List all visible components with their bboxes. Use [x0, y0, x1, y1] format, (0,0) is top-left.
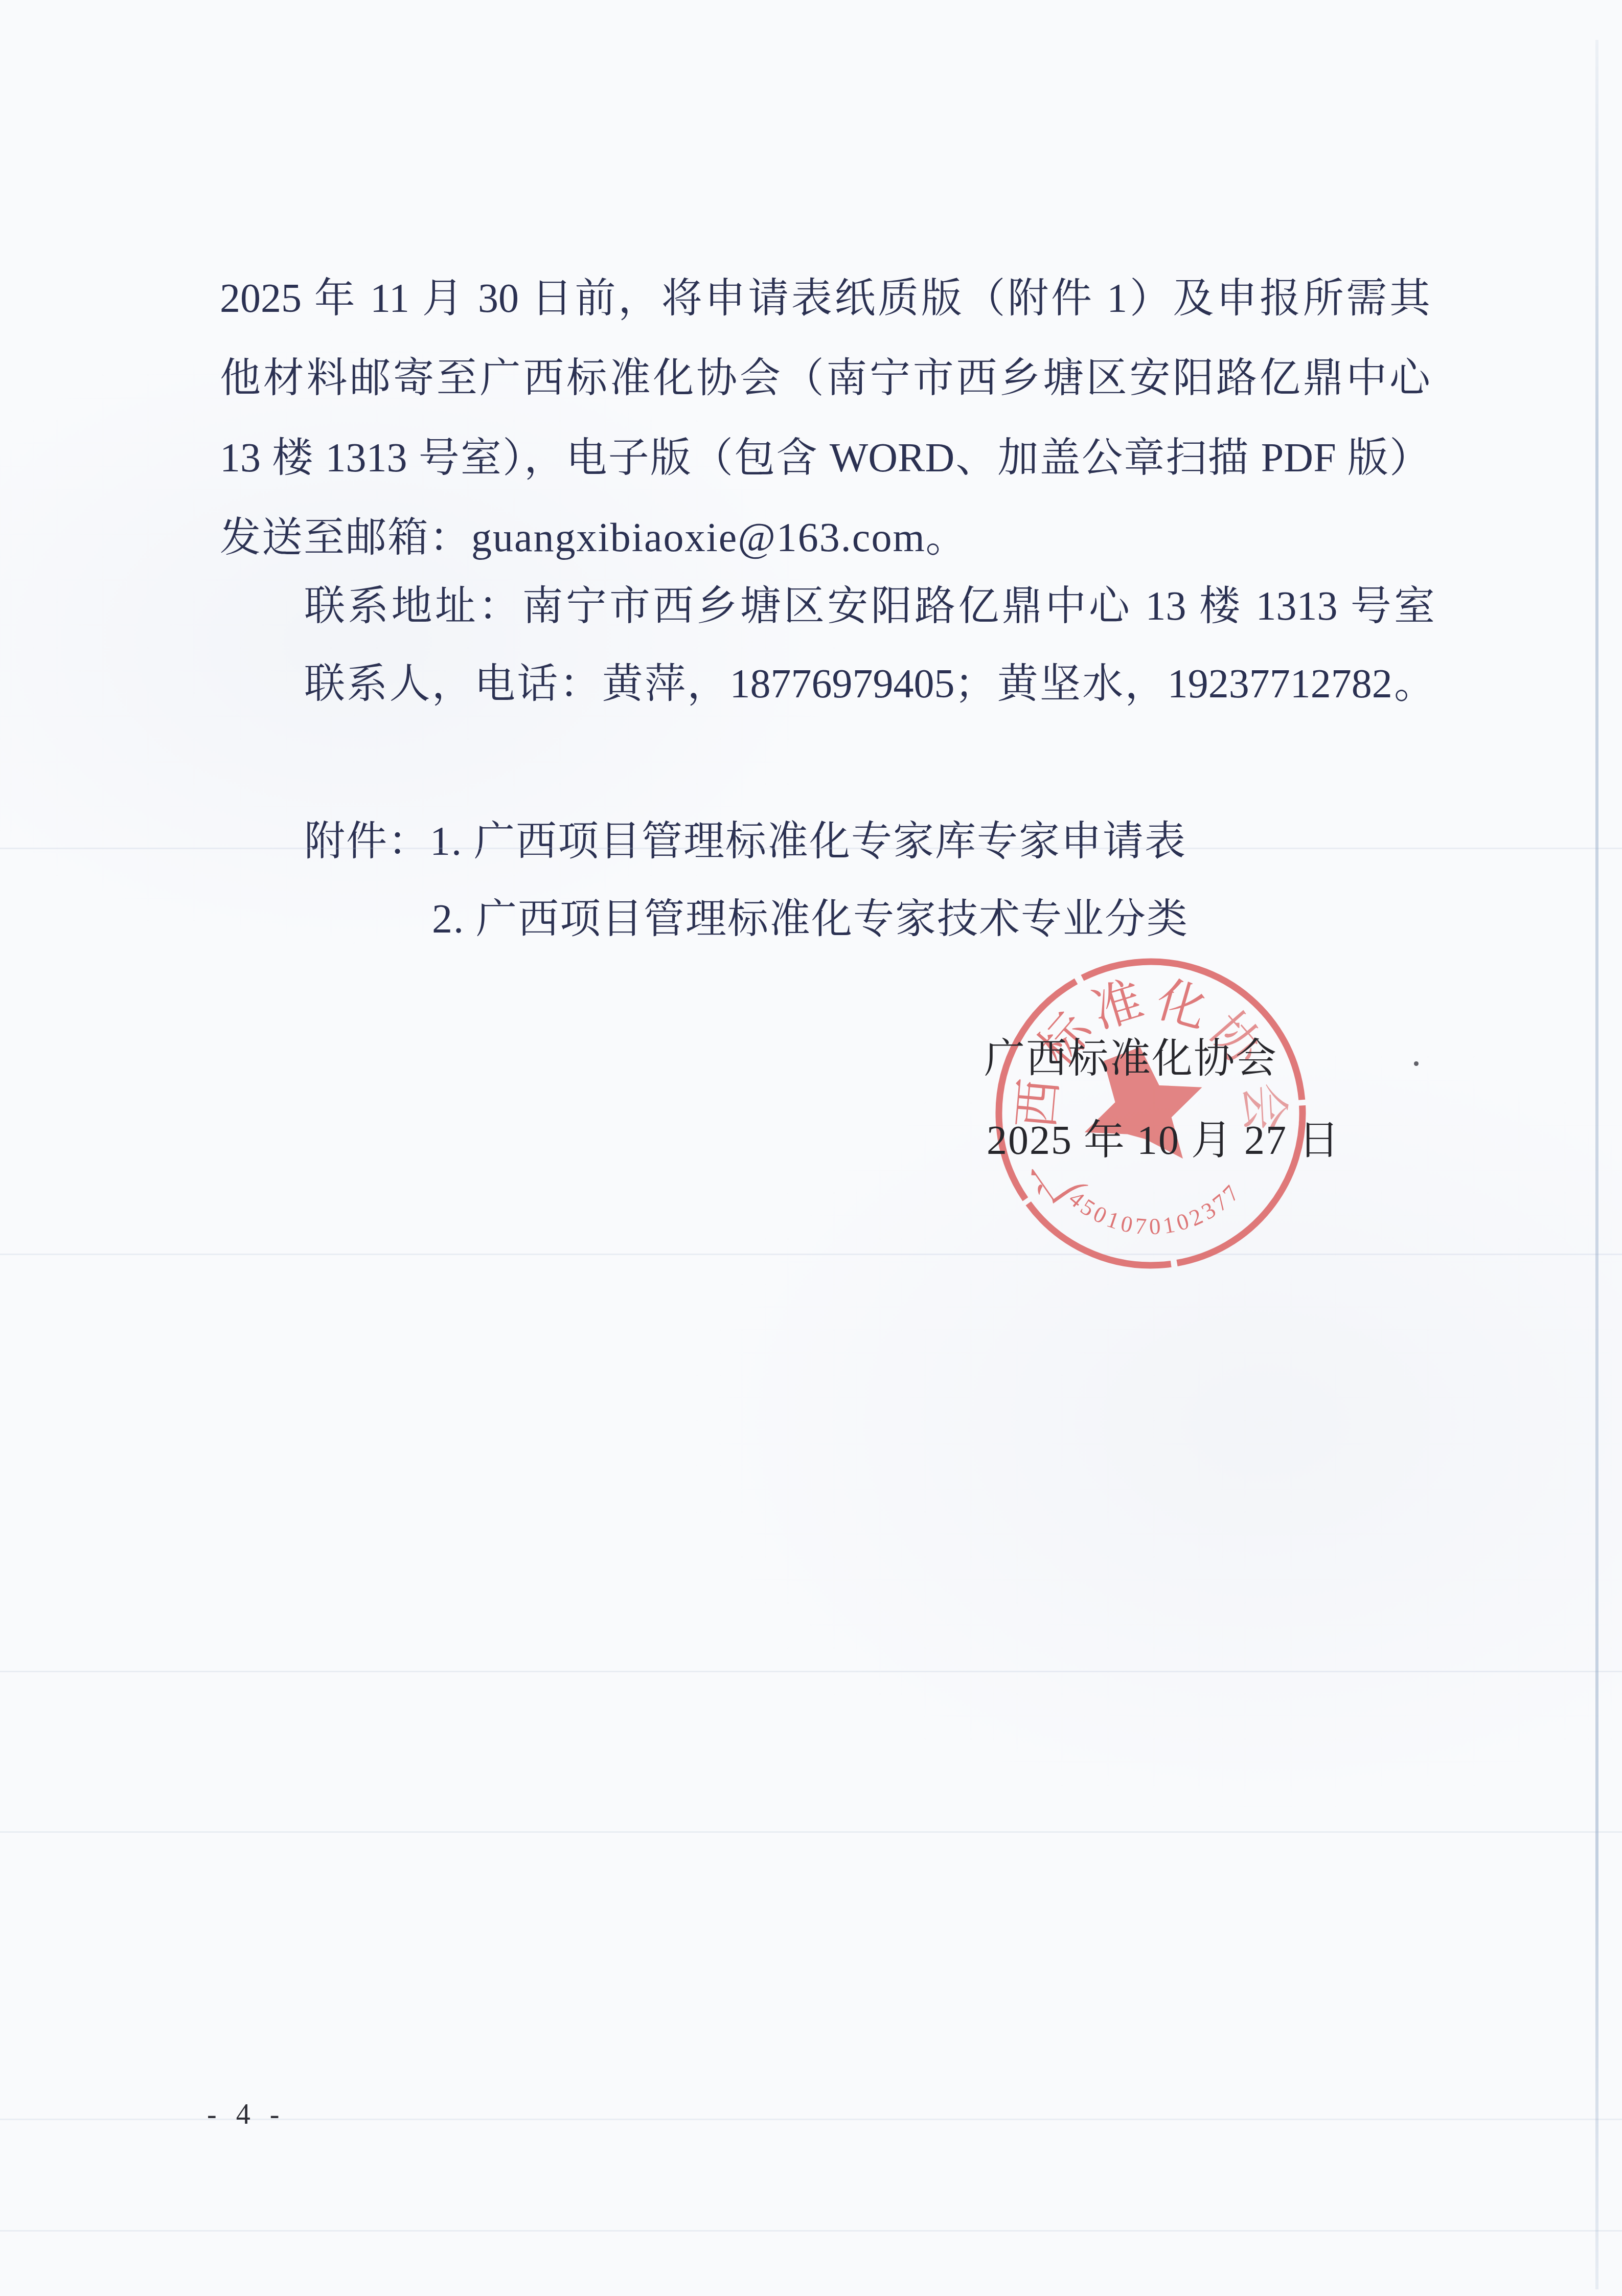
- scan-artifact-band: [0, 848, 1622, 849]
- contact-address-line: 联系地址：南宁市西乡塘区安阳路亿鼎中心 13 楼 1313 号室: [304, 583, 1435, 630]
- page-number: - 4 -: [207, 2098, 285, 2131]
- document-page: 2025 年 11 月 30 日前，将申请表纸质版（附件 1）及申报所需其 他材…: [0, 0, 1622, 2296]
- body-line: 他材料邮寄至广西标准化协会（南宁市西乡塘区安阳路亿鼎中心: [220, 355, 1430, 402]
- scan-artifact-band: [0, 1671, 1622, 1672]
- official-seal: 广 西 标 准 化 协 会 4501070102377: [989, 952, 1312, 1275]
- seal-code: 4501070102377: [1063, 1177, 1249, 1244]
- body-line: 2025 年 11 月 30 日前，将申请表纸质版（附件 1）及申报所需其: [220, 275, 1430, 322]
- attachment-line-1: 附件：1. 广西项目管理标准化专家库专家申请表: [304, 818, 1186, 865]
- scan-artifact-band: [0, 2230, 1622, 2232]
- attachment-line-2: 2. 广西项目管理标准化专家技术专业分类: [432, 896, 1189, 943]
- scan-fold-line: [1595, 40, 1598, 2289]
- seal-ring-char: 准: [1086, 972, 1149, 1039]
- body-line: 13 楼 1313 号室），电子版（包含 WORD、加盖公章扫描 PDF 版）: [220, 435, 1430, 482]
- ink-speck: [1414, 1061, 1419, 1066]
- scan-artifact-band: [0, 1254, 1622, 1255]
- scan-artifact-band: [0, 1831, 1622, 1833]
- body-line: 发送至邮箱：guangxibiaoxie@163.com。: [220, 514, 968, 561]
- contact-phone-line: 联系人，电话：黄萍，18776979405；黄坚水，19237712782。: [304, 661, 1435, 708]
- signature-org: 广西标准化协会: [984, 1035, 1277, 1082]
- seal-ring-char: 化: [1151, 972, 1214, 1038]
- svg-text:4501070102377: 4501070102377: [1063, 1177, 1249, 1244]
- signature-date: 2025 年 10 月 27 日: [987, 1117, 1340, 1164]
